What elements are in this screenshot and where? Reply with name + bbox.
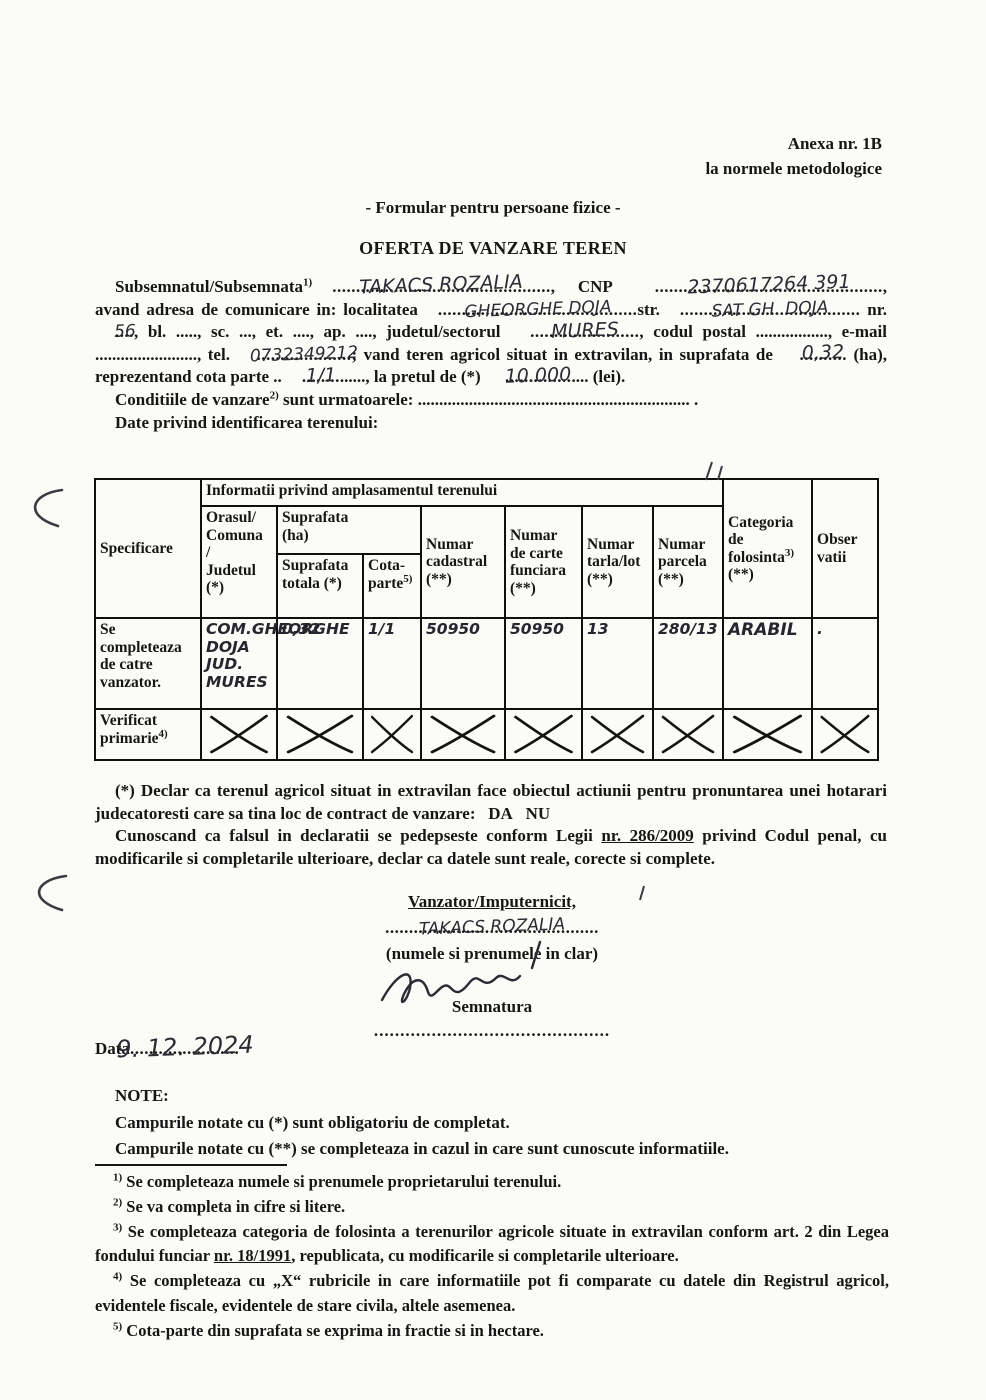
footnote: 3) Se completeaza categoria de folosinta… — [95, 1220, 889, 1270]
note-line-1: Campurile notate cu (*) sunt obligatoriu… — [95, 1112, 887, 1135]
form-title: OFERTA DE VANZARE TEREN — [0, 238, 986, 259]
name-clar-label: (numele si prenumele in clar) — [322, 942, 662, 966]
handwritten-entry: TAKACS ROZALIA — [339, 270, 523, 302]
intro-section: Subsemnatul/Subsemnata1)................… — [95, 276, 887, 434]
handwritten-entry: SAT GH. DOJA — [691, 296, 829, 323]
date-line: Data.......................9. 12. 2024 — [95, 1038, 887, 1061]
signature-label: Semnatura — [322, 995, 662, 1019]
handwritten-entry: TAKACS ROZALIA — [419, 913, 566, 942]
scanned-form-page: Anexa nr. 1B la normele metodologice - F… — [0, 0, 986, 1400]
col-carte-funciara: Numar de carte funciara (**) — [505, 506, 582, 618]
x-mark-cell — [505, 709, 582, 760]
x-mark-cell — [201, 709, 277, 760]
col-suprafata-totala: Suprafata totala (*) — [277, 554, 363, 618]
signer-role-label: Vanzator/Imputernicit, — [408, 892, 576, 911]
footnote: 5) Cota-parte din suprafata se exprima i… — [95, 1319, 889, 1344]
date-section: Data.......................9. 12. 2024 — [95, 1038, 887, 1061]
col-observatii: Obser vatii — [812, 479, 878, 618]
verificat-row: Verificat primarie4) — [95, 709, 878, 760]
x-mark-cell — [582, 709, 653, 760]
col-group-info: Informatii privind amplasamentul terenul… — [201, 479, 723, 506]
pen-curve-artifact-bottom — [22, 872, 74, 916]
footnote-divider — [95, 1164, 287, 1166]
cell-carte-value: 50950 — [505, 618, 582, 709]
handwritten-entry: MURES — [531, 317, 619, 345]
footnote: 2) Se va completa in cifre si litere. — [95, 1195, 889, 1220]
declaration-line1: (*) Declar ca terenul agricol situat in … — [95, 780, 887, 825]
col-cota-parte: Cota- parte5) — [363, 554, 421, 618]
col-specificare: Specificare — [95, 479, 201, 618]
handwritten-entry: 10.000 — [485, 362, 572, 390]
note-line-2: Campurile notate cu (**) se completeaza … — [95, 1138, 887, 1161]
annex-subtitle: la normele metodologice — [705, 157, 882, 182]
form-subtitle: - Formular pentru persoane fizice - — [0, 198, 986, 218]
col-parcela: Numar parcela (**) — [653, 506, 723, 618]
notes-heading: NOTE: — [95, 1085, 887, 1108]
x-mark-cell — [421, 709, 505, 760]
cell-oras-value: COM.GHEORGHE DOJA JUD. MURES — [201, 618, 277, 709]
row-label-verificat: Verificat primarie4) — [95, 709, 201, 760]
cell-observatii-value: . — [812, 618, 878, 709]
notes-section: NOTE: Campurile notate cu (*) sunt oblig… — [95, 1085, 887, 1165]
declaration-line2: Cunoscand ca falsul in declaratii se ped… — [95, 825, 887, 870]
cell-tarla-value: 13 — [582, 618, 653, 709]
handwritten-entry: 0,32 — [782, 340, 845, 367]
pen-curve-artifact-top — [18, 486, 70, 532]
cell-cadastral-value: 50950 — [421, 618, 505, 709]
conditions-line: Conditiile de vanzare2) sunt urmatoarele… — [95, 389, 887, 412]
handwritten-entry: 1/1 — [285, 363, 336, 390]
handwritten-entry: 56 — [93, 320, 135, 344]
x-mark-cell — [363, 709, 421, 760]
land-table: Specificare Informatii privind amplasame… — [94, 478, 879, 761]
x-mark-cell — [277, 709, 363, 760]
col-oras: Orasul/ Comuna / Judetul (*) — [201, 506, 277, 618]
col-categoria: Categoria de folosinta3) (**) — [723, 479, 812, 618]
cell-categoria-value: ARABIL — [723, 618, 812, 709]
cell-parcela-value: 280/13 — [653, 618, 723, 709]
annex-number: Anexa nr. 1B — [705, 132, 882, 157]
signature-section: Vanzator/Imputernicit, .................… — [322, 890, 662, 1043]
col-group-suprafata: Suprafata (ha) — [277, 506, 421, 554]
cell-suprafata-value: 0,32 — [277, 618, 363, 709]
footnote: 1) Se completeaza numele si prenumele pr… — [95, 1170, 889, 1195]
declaration-section: (*) Declar ca terenul agricol situat in … — [95, 780, 887, 870]
cell-cota-value: 1/1 — [363, 618, 421, 709]
footnote: 4) Se completeaza cu „X“ rubricile in ca… — [95, 1269, 889, 1319]
annex-header: Anexa nr. 1B la normele metodologice — [705, 132, 882, 181]
footnotes-section: 1) Se completeaza numele si prenumele pr… — [95, 1170, 889, 1343]
identification-heading: Date privind identificarea terenului: — [95, 412, 887, 435]
col-tarla: Numar tarla/lot (**) — [582, 506, 653, 618]
signer-name-line: ........................................… — [322, 916, 662, 940]
x-mark-cell — [653, 709, 723, 760]
handwritten-entry: 9. 12. 2024 — [115, 1029, 253, 1066]
x-mark-cell — [812, 709, 878, 760]
intro-paragraph: Subsemnatul/Subsemnata1)................… — [95, 276, 887, 389]
col-cadastral: Numar cadastral (**) — [421, 506, 505, 618]
row-label-vanzator: Se completeaza de catre vanzator. — [95, 618, 201, 709]
x-mark-cell — [723, 709, 812, 760]
